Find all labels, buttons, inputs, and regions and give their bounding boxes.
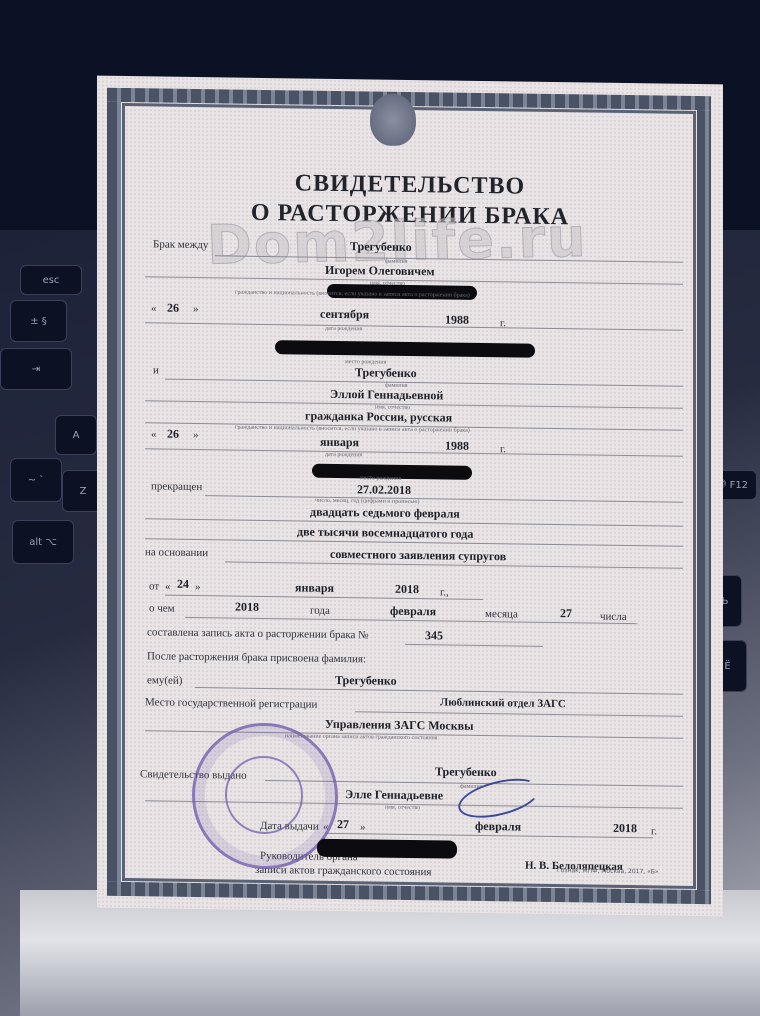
after-divorce-label: После расторжения брака присвоена фамили… bbox=[147, 650, 366, 665]
coat-of-arms-icon bbox=[370, 93, 416, 146]
caption: дата рождения bbox=[325, 452, 362, 459]
divorce-certificate: СВИДЕТЕЛЬСТВО О РАСТОРЖЕНИИ БРАКА Dom2li… bbox=[97, 76, 723, 917]
keyboard-left: esc ± § ⇥ A ~ ` Z alt ⌥ bbox=[0, 240, 110, 570]
registration-label: Место государственной регистрации bbox=[145, 696, 317, 710]
year-suffix: г., bbox=[440, 586, 449, 598]
between-label: Брак между bbox=[153, 238, 208, 251]
key-a: A bbox=[55, 415, 97, 455]
year-label: года bbox=[310, 605, 330, 617]
basis-year: 2018 bbox=[395, 582, 419, 597]
termination-words-2: две тысячи восемнадцатого года bbox=[297, 524, 473, 541]
key-tilde: ~ ` bbox=[10, 458, 62, 502]
basis-month: января bbox=[295, 580, 334, 596]
spouse2-surname: Трегубенко bbox=[355, 365, 417, 381]
year-suffix: г. bbox=[651, 825, 657, 837]
basis-label: на основании bbox=[145, 546, 208, 559]
and-label: и bbox=[153, 364, 159, 376]
issue-day: 27 bbox=[337, 817, 349, 832]
registration-place-2: Управления ЗАГС Москвы bbox=[325, 717, 474, 734]
day-label: числа bbox=[600, 611, 627, 623]
record-year: 2018 bbox=[235, 600, 259, 615]
spouse1-birth-month: сентября bbox=[320, 307, 369, 323]
from-label: от bbox=[149, 580, 159, 592]
spouse1-surname: Трегубенко bbox=[350, 239, 412, 255]
about-label: о чем bbox=[149, 602, 175, 614]
basis-value: совместного заявления супругов bbox=[330, 547, 506, 564]
printer-imprint: Гознак, МПФ, Москва, 2017, «Б» bbox=[557, 867, 659, 875]
key-section: ± § bbox=[10, 300, 67, 342]
record-number: 345 bbox=[425, 628, 443, 643]
spouse2-birth-day: 26 bbox=[167, 427, 179, 442]
spouse2-birth-month: января bbox=[320, 435, 359, 451]
spouse2-name: Эллой Геннадьевной bbox=[330, 387, 443, 404]
caption: дата рождения bbox=[325, 326, 362, 333]
registration-place-1: Люблинский отдел ЗАГС bbox=[440, 696, 566, 710]
stamp-emblem-icon bbox=[225, 755, 303, 834]
spouse2-birth-year: 1988 bbox=[445, 438, 469, 453]
redacted-stamp-line bbox=[317, 839, 457, 859]
record-month: февраля bbox=[390, 604, 436, 620]
key-alt: alt ⌥ bbox=[12, 520, 74, 564]
caption: имя, отчество bbox=[385, 805, 420, 811]
issued-surname: Трегубенко bbox=[435, 764, 497, 780]
new-surname: Трегубенко bbox=[335, 673, 397, 689]
spouse1-name: Игорем Олеговичем bbox=[325, 263, 435, 280]
month-label: месяца bbox=[485, 608, 518, 620]
record-day: 27 bbox=[560, 606, 572, 621]
spouse2-citizenship: гражданка России, русская bbox=[305, 409, 452, 426]
terminated-label: прекращен bbox=[151, 480, 202, 493]
key-esc: esc bbox=[20, 265, 82, 295]
spouse1-birth-year: 1988 bbox=[445, 312, 469, 327]
issue-year: 2018 bbox=[613, 821, 637, 836]
spouse1-birth-day: 26 bbox=[167, 301, 179, 316]
key-tab: ⇥ bbox=[0, 348, 72, 390]
to-label: ему(ей) bbox=[147, 674, 182, 686]
termination-date: 27.02.2018 bbox=[357, 482, 411, 498]
record-label: составлена запись акта о расторжении бра… bbox=[147, 626, 369, 641]
issued-name: Элле Геннадьевне bbox=[345, 787, 443, 803]
basis-day: 24 bbox=[177, 577, 189, 592]
termination-words-1: двадцать седьмого февраля bbox=[310, 505, 460, 522]
caption: место рождения bbox=[360, 475, 401, 482]
issue-month: февраля bbox=[475, 819, 521, 835]
